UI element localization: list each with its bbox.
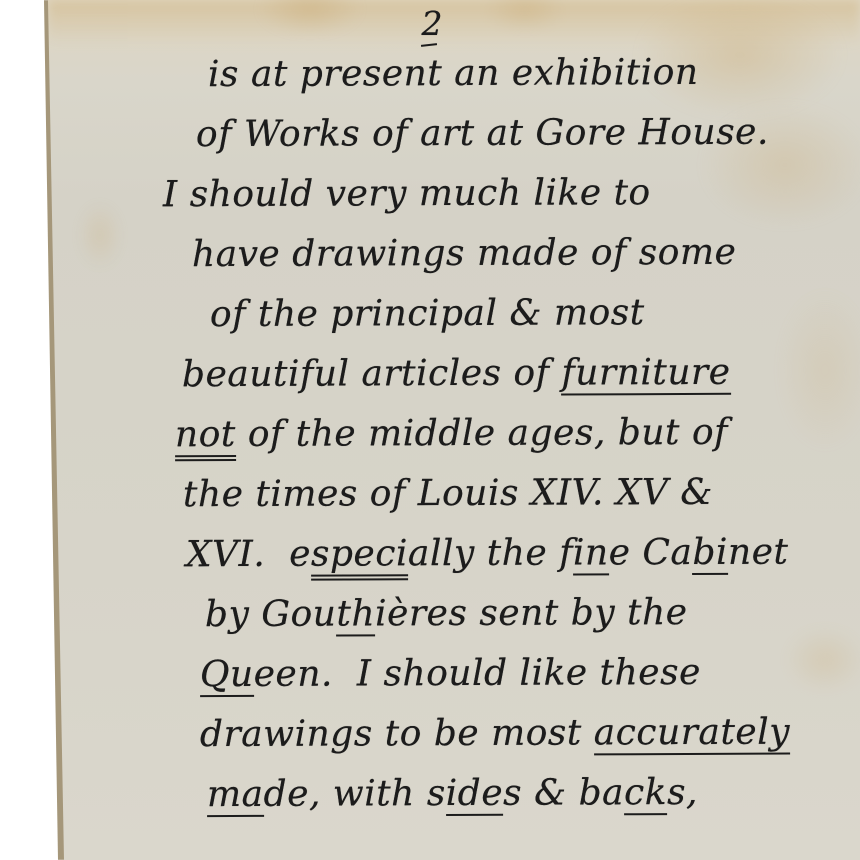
handwriting-line: XVI. especially the fine Cabinet: [0, 522, 860, 586]
handwriting-line: Queen. I should like these: [0, 642, 860, 706]
handwriting-segment: of Works of art at Gore House.: [196, 112, 769, 155]
handwriting-segment: the times of Louis XIV. XV &: [183, 472, 713, 515]
handwriting-segment: speci: [311, 533, 408, 580]
handwriting-line: made, with sides & backs,: [0, 762, 860, 826]
handwriting-segment: s,: [667, 772, 698, 813]
handwriting-line: drawings to be most accurately: [0, 702, 860, 766]
handwriting-segment: I should very much like to: [163, 172, 651, 215]
handwriting-segment: ières sent by the: [375, 592, 688, 634]
handwriting-segment: accurately: [594, 712, 790, 756]
handwriting-segment: of the middle ages, but of: [236, 412, 728, 455]
handwriting-line: not of the middle ages, but of: [0, 402, 860, 466]
handwriting-segment: th: [336, 593, 375, 636]
handwriting-line: of the principal & most: [0, 282, 860, 346]
letter-photograph: 2 is at present an exhibitionof Works of…: [0, 0, 860, 860]
handwriting-segment: XVI. e: [186, 534, 311, 576]
handwriting-line: is at present an exhibition: [0, 42, 860, 106]
handwriting-segment: bi: [692, 532, 728, 575]
stain-top-small: [470, 0, 580, 38]
letter-paper: 2 is at present an exhibitionof Works of…: [0, 0, 860, 860]
handwriting-segment: ally the f: [408, 533, 573, 575]
handwriting-segment: in: [573, 532, 609, 575]
stain-top-center: [240, 0, 380, 44]
stain-top-band: [48, 0, 860, 46]
handwriting-segment: Qu: [200, 654, 254, 697]
handwriting-segment: s & ba: [503, 772, 624, 814]
handwriting-lines: is at present an exhibitionof Works of a…: [0, 46, 860, 826]
handwriting-line: beautiful articles of furniture: [0, 342, 860, 406]
handwriting-segment: furniture: [561, 352, 730, 396]
handwriting-segment: beautiful articles of: [182, 353, 562, 396]
handwriting-segment: de, with s: [264, 773, 446, 815]
handwriting-line: by Gouthières sent by the: [0, 582, 860, 646]
handwriting-segment: net: [728, 532, 789, 573]
handwriting-segment: ck: [624, 772, 667, 815]
handwriting-line: have drawings made of some: [0, 222, 860, 286]
handwriting-segment: have drawings made of some: [192, 232, 737, 275]
handwriting-segment: is at present an exhibition: [208, 52, 699, 95]
handwriting-segment: of the principal & most: [210, 292, 645, 335]
page-number: 2: [412, 4, 452, 43]
handwriting-segment: not: [175, 414, 236, 461]
handwriting-segment: drawings to be most: [200, 712, 594, 755]
handwriting-segment: e Ca: [609, 532, 693, 573]
handwriting-line: the times of Louis XIV. XV &: [0, 462, 860, 526]
handwriting-segment: een. I should like these: [254, 652, 701, 695]
handwriting-line: I should very much like to: [0, 162, 860, 226]
handwriting-line: of Works of art at Gore House.: [0, 102, 860, 166]
handwriting-segment: ide: [446, 773, 504, 816]
handwriting-segment: ma: [207, 774, 264, 817]
handwriting-segment: by Gou: [205, 594, 337, 636]
